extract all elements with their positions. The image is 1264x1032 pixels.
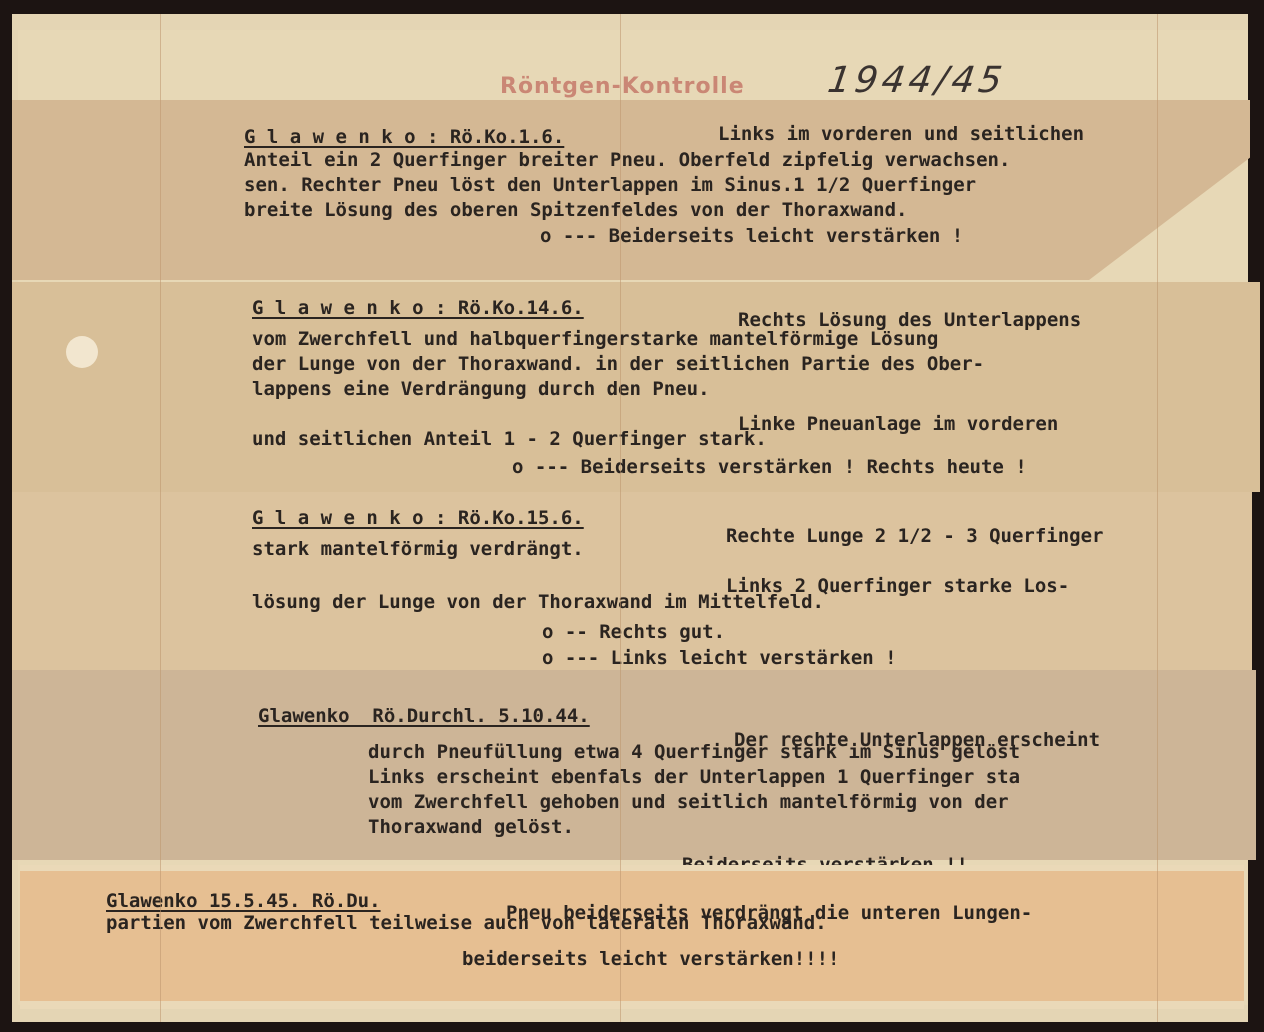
fold-line-center bbox=[620, 14, 621, 1022]
entry-line: vom Zwerchfell gehoben und seitlich mant… bbox=[368, 790, 1009, 815]
header-stamp: Röntgen-Kontrolle bbox=[500, 74, 745, 99]
entry-strip-5: Glawenko 15.5.45. Rö.Du. Pneu beiderseit… bbox=[20, 865, 1244, 1009]
entry-line: o --- Beiderseits leicht verstärken ! bbox=[540, 224, 963, 249]
entry-line: partien vom Zwerchfell teilweise auch vo… bbox=[106, 911, 827, 936]
entry-line: o --- Links leicht verstärken ! bbox=[542, 646, 897, 671]
entry-line: durch Pneufüllung etwa 4 Querfinger star… bbox=[368, 740, 1020, 765]
entry-heading: G l a w e n k o : Rö.Ko.14.6. bbox=[252, 296, 584, 321]
entry-line: lösung der Lunge von der Thoraxwand im M… bbox=[252, 590, 824, 615]
fold-line-left bbox=[160, 14, 161, 1022]
entry-line: Linke Pneuanlage im vorderen bbox=[738, 412, 1058, 437]
fold-line-right bbox=[1157, 14, 1158, 1022]
entry-line: Anteil ein 2 Querfinger breiter Pneu. Ob… bbox=[244, 148, 1010, 173]
entry-line: lappens eine Verdrängung durch den Pneu. bbox=[252, 377, 710, 402]
entry-line: Thoraxwand gelöst. bbox=[368, 815, 574, 840]
entry-line: breite Lösung des oberen Spitzenfeldes v… bbox=[244, 198, 907, 223]
entry-heading: Glawenko Rö.Durchl. 5.10.44. bbox=[258, 704, 590, 729]
entry-strip-1: G l a w e n k o : Rö.Ko.1.6. Links im vo… bbox=[12, 100, 1250, 280]
entry-line: Links erscheint ebenfals der Unterlappen… bbox=[368, 765, 1020, 790]
entry-strip-4: Glawenko Rö.Durchl. 5.10.44. Der rechte … bbox=[12, 670, 1256, 860]
entry-line: sen. Rechter Pneu löst den Unterlappen i… bbox=[244, 173, 976, 198]
entry-strip-2: G l a w e n k o : Rö.Ko.14.6. Rechts Lös… bbox=[12, 282, 1260, 492]
entry-heading: G l a w e n k o : Rö.Ko.1.6. bbox=[244, 125, 564, 150]
entry-line: Rechte Lunge 2 1/2 - 3 Querfinger bbox=[726, 524, 1104, 549]
entry-line: beiderseits leicht verstärken!!!! bbox=[462, 947, 840, 972]
header-year: 1944/45 bbox=[825, 60, 1008, 101]
entry-line: o -- Rechts gut. bbox=[542, 620, 725, 645]
entry-strip-3: G l a w e n k o : Rö.Ko.15.6. Rechte Lun… bbox=[12, 492, 1252, 692]
punch-hole bbox=[66, 336, 98, 368]
entry-heading: G l a w e n k o : Rö.Ko.15.6. bbox=[252, 506, 584, 531]
entry-line: und seitlichen Anteil 1 - 2 Querfinger s… bbox=[252, 427, 767, 452]
entry-line: der Lunge von der Thoraxwand. in der sei… bbox=[252, 352, 984, 377]
entry-line: Links im vorderen und seitlichen bbox=[718, 122, 1084, 147]
entry-line: vom Zwerchfell und halbquerfingerstarke … bbox=[252, 327, 938, 352]
entry-line: o --- Beiderseits verstärken ! Rechts he… bbox=[512, 455, 1027, 480]
entry-line: stark mantelförmig verdrängt. bbox=[252, 537, 584, 562]
